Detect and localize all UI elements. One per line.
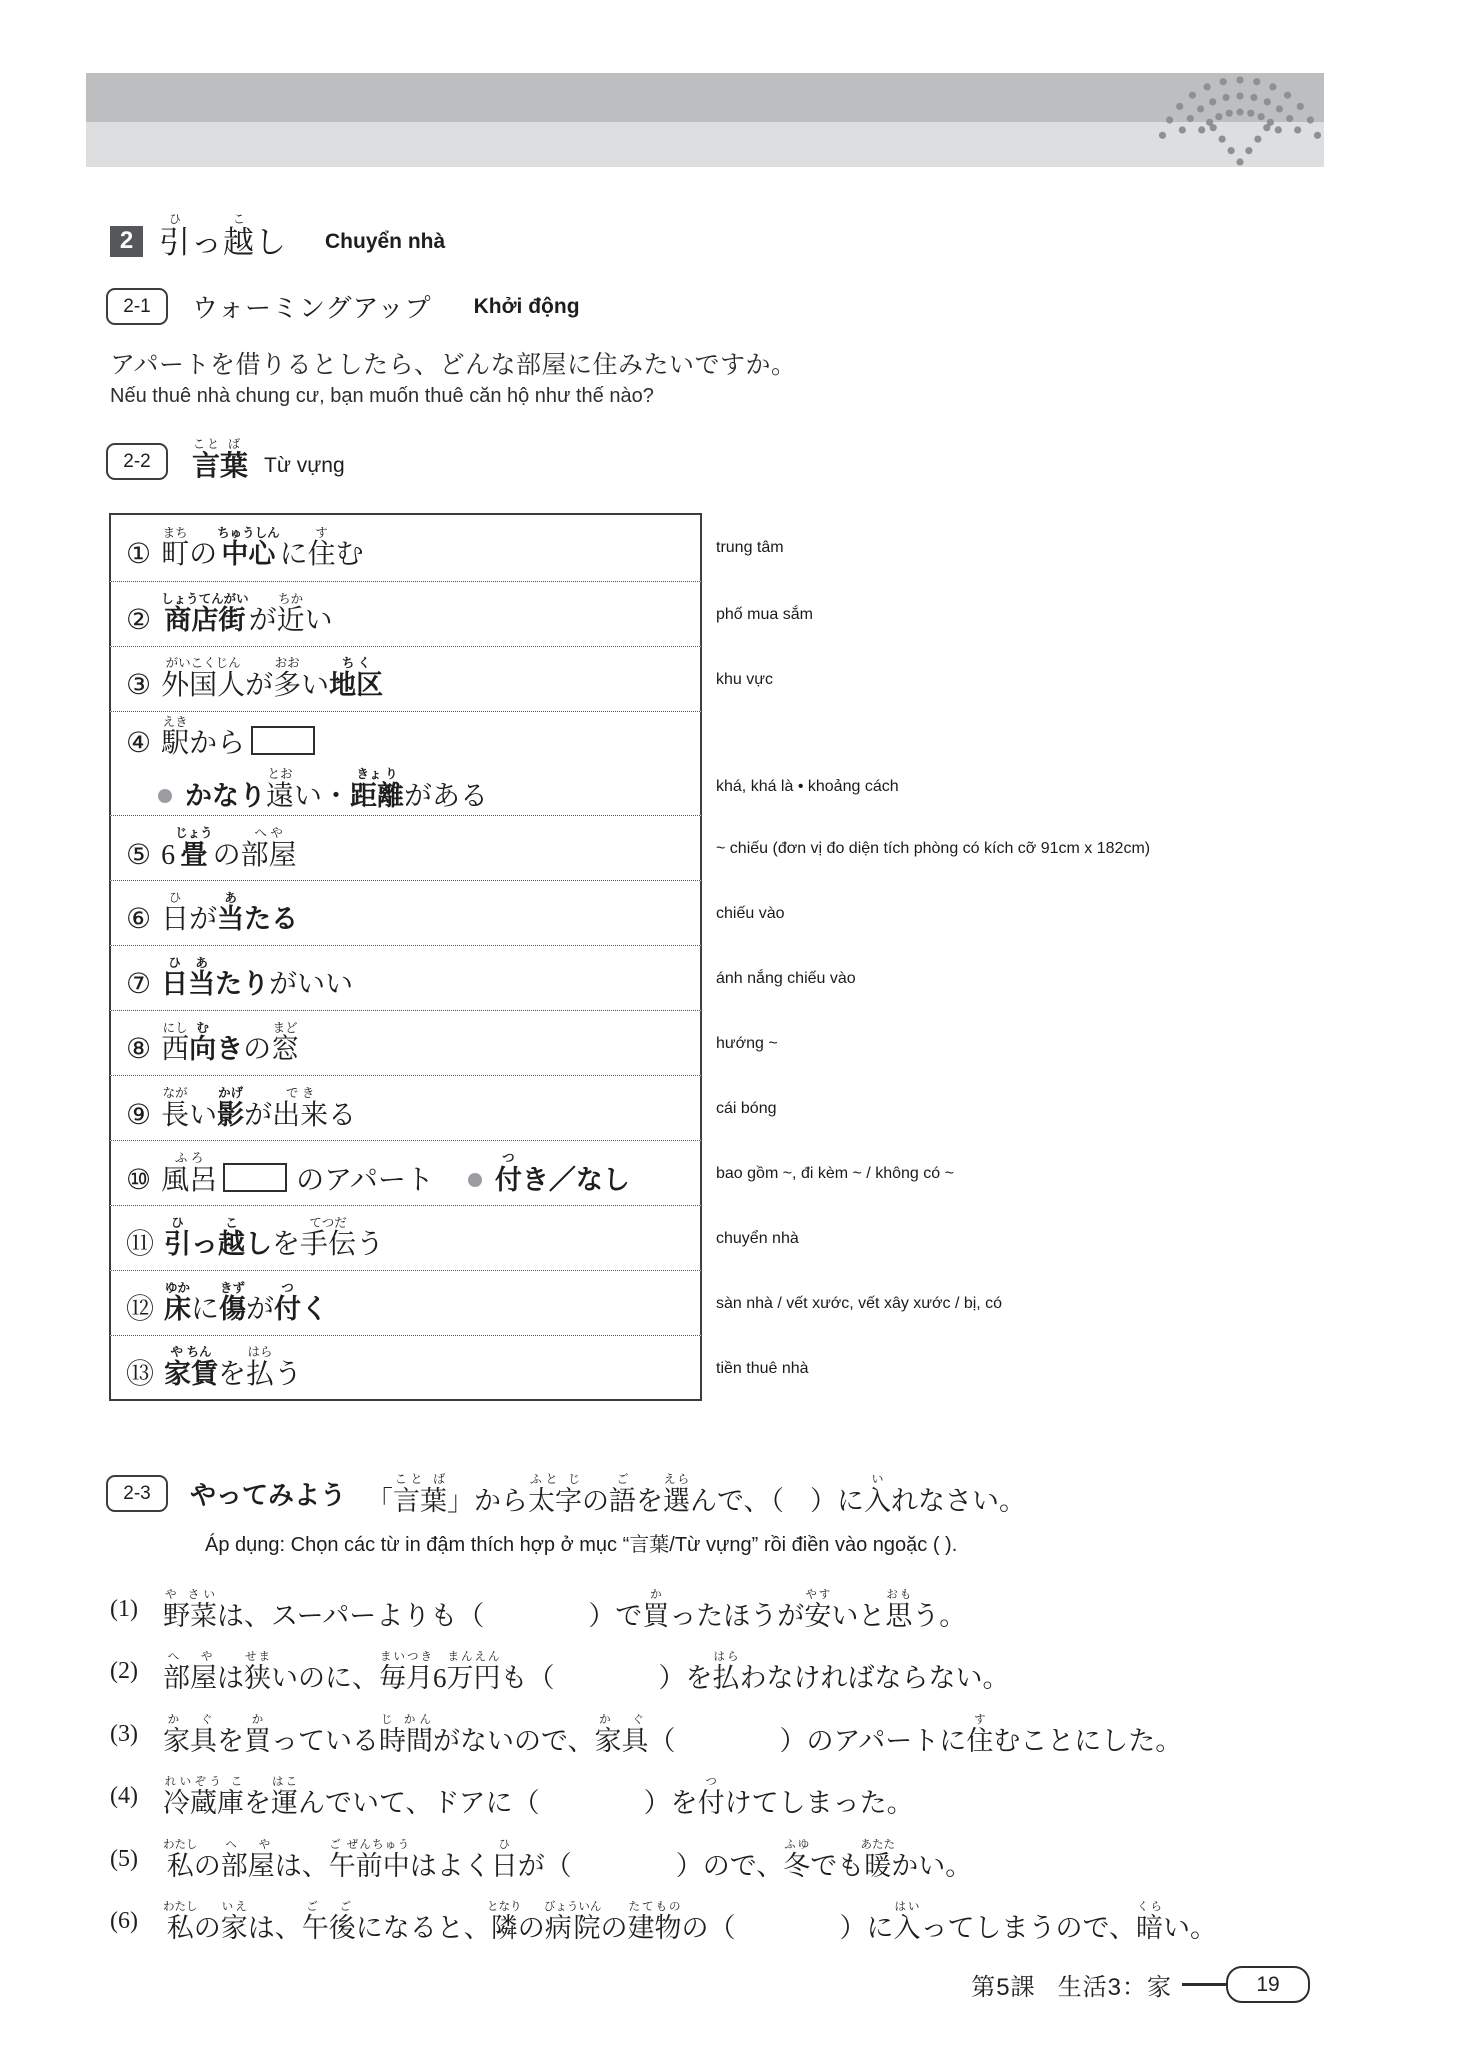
exercise-number: (2) <box>110 1658 163 1685</box>
exercise-sentence: 冷蔵庫れいぞう こを運はこんでいて、ドアに（）を付つけてしまった。 <box>163 1776 914 1817</box>
vocab-row: ②商店街しょうてんがいが近ちかい phố mua sắm <box>109 582 1429 647</box>
vocab-item-number: ② <box>126 605 151 636</box>
vocab-translation-vi: ~ chiếu (đơn vị đo diện tích phòng có kí… <box>702 840 1150 858</box>
section-title-ja: 引ひっ越こし <box>159 212 287 260</box>
textbook-page: 2 引ひっ越こし Chuyển nhà 2-1 ウォーミングアップ Khởi đ… <box>0 0 1457 2071</box>
section-title-vi: Chuyển nhà <box>325 230 445 254</box>
vocab-title-ja: 言こと葉ば <box>192 437 248 480</box>
exercise-list: (1) 野菜や さいは、スーパーよりも（）で買かったほうが安やすいと思おもう。 … <box>110 1578 1410 1953</box>
footer-lesson: 第5課 <box>971 1967 1035 2002</box>
practice-instruction-ja: 「言葉こと ば」から太字ふと じの語ごを選えらんで、（）に入いれなさい。 <box>366 1472 1026 1515</box>
exercise-sentence: 私わたしの家いえは、午後ご ごになると、隣となりの病院びょういんの建物たてものの… <box>163 1901 1217 1942</box>
blank-box <box>223 1163 287 1192</box>
vocab-ja-text: ⑥日ひが当あたる <box>126 891 696 935</box>
vocab-ja-cell: ⑪引ひっ越こしを手伝てつだう <box>109 1206 702 1271</box>
vocab-row: ⑥日ひが当あたる chiếu vào <box>109 881 1429 946</box>
section-heading: 2 引ひっ越こし Chuyển nhà <box>110 212 445 260</box>
vocab-row: ⑤6畳じょうの部屋へ や ~ chiếu (đơn vị đo diện tíc… <box>109 816 1429 881</box>
warmup-question-ja: アパートを借りるとしたら、どんな部屋に住みたいですか。 <box>110 345 797 381</box>
vocab-row: ①町まちの中心ちゅうしんに住すむ trung tâm <box>109 513 1429 582</box>
exercise-item: (2) 部屋へ やは狭せまいのに、毎月まいつき6万円まんえんも（）を払はらわなけ… <box>110 1641 1410 1704</box>
vocab-ja-cell: ⑬家賃や ちんを払はらう <box>109 1336 702 1401</box>
vocab-translation-vi: khá, khá là • khoảng cách <box>702 778 899 816</box>
vocab-row: ⑪引ひっ越こしを手伝てつだう chuyển nhà <box>109 1206 1429 1271</box>
vocab-ja-text: ③外国人がいこくじんが多おおい地区ち く <box>126 656 696 701</box>
exercise-item: (1) 野菜や さいは、スーパーよりも（）で買かったほうが安やすいと思おもう。 <box>110 1578 1410 1641</box>
footer-rule <box>1182 1983 1226 1986</box>
vocab-title-vi: Từ vựng <box>264 454 345 478</box>
vocab-item-number: ⑩ <box>126 1165 151 1196</box>
practice-title-ja: やってみよう <box>190 1475 346 1512</box>
vocab-heading: 2-2 言こと葉ば Từ vựng <box>106 437 345 480</box>
vocab-ja-text: ⑦日ひ当あたりがいい <box>126 956 696 1000</box>
exercise-number: (4) <box>110 1783 163 1810</box>
vocab-ja-text: ④駅えきから <box>126 715 696 759</box>
vocab-ja-text: ⑪引ひっ越こしを手伝てつだう <box>126 1216 696 1260</box>
exercise-item: (6) 私わたしの家いえは、午後ご ごになると、隣となりの病院びょういんの建物た… <box>110 1891 1410 1954</box>
bullet-icon <box>468 1173 482 1187</box>
footer-topic: 生活3：家 <box>1058 1967 1172 2002</box>
vocab-ja-cell: ⑤6畳じょうの部屋へ や <box>109 816 702 881</box>
vocab-ja-text: ⑤6畳じょうの部屋へ や <box>126 826 696 871</box>
vocab-row: ③外国人がいこくじんが多おおい地区ち く khu vực <box>109 647 1429 712</box>
exercise-item: (4) 冷蔵庫れいぞう こを運はこんでいて、ドアに（）を付つけてしまった。 <box>110 1766 1410 1829</box>
vocab-ja-cell: ⑨長ながい影かげが出来で きる <box>109 1076 702 1141</box>
warmup-title-ja: ウォーミングアップ <box>192 288 432 325</box>
vocab-translation-vi: tiền thuê nhà <box>702 1360 809 1378</box>
exercise-number: (1) <box>110 1596 163 1623</box>
vocab-row: ⑩風呂ふ ろのアパート付つき／なし bao gồm ~, đi kèm ~ / … <box>109 1141 1429 1206</box>
vocab-ja-cell: ⑦日ひ当あたりがいい <box>109 946 702 1011</box>
header-band-dark <box>86 73 1324 122</box>
vocab-item-number: ⑥ <box>126 904 151 935</box>
warmup-title-vi: Khởi động <box>474 295 580 319</box>
decorative-fan-dots <box>1152 72 1328 170</box>
vocab-item-number: ① <box>126 539 151 570</box>
vocab-ja-cell: ④駅えきから かなり遠とおい・距離きょ りがある <box>109 712 702 816</box>
header-band <box>86 73 1324 167</box>
vocab-ja-cell: ⑫床ゆかに傷きずが付つく <box>109 1271 702 1336</box>
vocab-translation-vi: sàn nhà / vết xước, vết xây xước / bị, c… <box>702 1295 1002 1313</box>
vocab-ja-cell: ⑥日ひが当あたる <box>109 881 702 946</box>
warmup-question-vi: Nếu thuê nhà chung cư, bạn muốn thuê căn… <box>110 385 654 408</box>
vocab-ja-text-line2: かなり遠とおい・距離きょ りがある <box>126 767 696 812</box>
vocab-ja-text: ⑧西にし向むきの窓まど <box>126 1021 696 1065</box>
vocab-translation-vi: hướng ~ <box>702 1035 778 1053</box>
vocab-translation-vi: khu vực <box>702 671 773 689</box>
exercise-number: (6) <box>110 1908 163 1935</box>
vocab-ja-cell: ③外国人がいこくじんが多おおい地区ち く <box>109 647 702 712</box>
vocab-row: ⑫床ゆかに傷きずが付つく sàn nhà / vết xước, vết xây… <box>109 1271 1429 1336</box>
vocab-item-number: ⑨ <box>126 1100 151 1131</box>
exercise-sentence: 野菜や さいは、スーパーよりも（）で買かったほうが安やすいと思おもう。 <box>163 1589 966 1630</box>
vocab-item-number: ⑫ <box>126 1294 154 1325</box>
vocab-ja-text: ①町まちの中心ちゅうしんに住すむ <box>126 526 696 570</box>
vocab-item-number: ⑧ <box>126 1034 151 1065</box>
vocab-ja-cell: ②商店街しょうてんがいが近ちかい <box>109 582 702 647</box>
warmup-heading: 2-1 ウォーミングアップ Khởi động <box>106 288 580 325</box>
practice-tag: 2-3 <box>106 1475 168 1512</box>
vocab-item-number: ⑦ <box>126 969 151 1000</box>
vocab-ja-text: ⑩風呂ふ ろのアパート付つき／なし <box>126 1151 696 1196</box>
vocab-item-number: ⑬ <box>126 1359 154 1390</box>
exercise-sentence: 私わたしの部屋へ やは、午前中ご ぜんちゅうはよく日ひが（）ので、冬ふゆでも暖あ… <box>163 1839 972 1880</box>
vocab-row: ⑦日ひ当あたりがいい ánh nắng chiếu vào <box>109 946 1429 1011</box>
page-footer: 第5課 生活3：家 19 <box>0 1966 1310 2003</box>
exercise-sentence: 部屋へ やは狭せまいのに、毎月まいつき6万円まんえんも（）を払はらわなければなら… <box>163 1651 1010 1692</box>
vocab-row: ⑬家賃や ちんを払はらう tiền thuê nhà <box>109 1336 1429 1401</box>
vocab-item-number: ③ <box>126 670 151 701</box>
vocab-item-number: ⑤ <box>126 840 151 871</box>
vocab-translation-vi: bao gồm ~, đi kèm ~ / không có ~ <box>702 1165 954 1183</box>
practice-instruction-vi: Áp dụng: Chọn các từ in đậm thích hợp ở … <box>205 1528 957 1557</box>
practice-heading: 2-3 やってみよう 「言葉こと ば」から太字ふと じの語ごを選えらんで、（）に… <box>106 1472 1026 1515</box>
vocab-table: ①町まちの中心ちゅうしんに住すむ trung tâm ②商店街しょうてんがいが近… <box>109 513 1429 1401</box>
warmup-tag: 2-1 <box>106 288 168 325</box>
vocab-ja-cell: ⑧西にし向むきの窓まど <box>109 1011 702 1076</box>
vocab-item-number: ⑪ <box>126 1229 154 1260</box>
vocab-translation-vi: chiếu vào <box>702 905 785 923</box>
section-number-badge: 2 <box>110 226 143 257</box>
header-band-light <box>86 122 1324 167</box>
vocab-ja-text: ⑫床ゆかに傷きずが付つく <box>126 1281 696 1325</box>
exercise-number: (3) <box>110 1721 163 1748</box>
vocab-translation-vi: cái bóng <box>702 1100 777 1118</box>
vocab-item-number: ④ <box>126 728 151 759</box>
vocab-ja-cell: ①町まちの中心ちゅうしんに住すむ <box>109 513 702 582</box>
vocab-translation-vi: chuyển nhà <box>702 1230 799 1248</box>
vocab-ja-text: ②商店街しょうてんがいが近ちかい <box>126 592 696 636</box>
exercise-number: (5) <box>110 1846 163 1873</box>
vocab-row: ⑨長ながい影かげが出来で きる cái bóng <box>109 1076 1429 1141</box>
vocab-ja-cell: ⑩風呂ふ ろのアパート付つき／なし <box>109 1141 702 1206</box>
vocab-translation-vi: ánh nắng chiếu vào <box>702 970 856 988</box>
vocab-ja-text: ⑬家賃や ちんを払はらう <box>126 1345 696 1390</box>
vocab-tag: 2-2 <box>106 443 168 480</box>
vocab-ja-text: ⑨長ながい影かげが出来で きる <box>126 1086 696 1131</box>
exercise-item: (5) 私わたしの部屋へ やは、午前中ご ぜんちゅうはよく日ひが（）ので、冬ふゆ… <box>110 1828 1410 1891</box>
vocab-row: ⑧西にし向むきの窓まど hướng ~ <box>109 1011 1429 1076</box>
blank-box <box>251 726 315 755</box>
page-number-badge: 19 <box>1226 1966 1310 2003</box>
vocab-row: ④駅えきから かなり遠とおい・距離きょ りがある khá, khá là • k… <box>109 712 1429 816</box>
exercise-sentence: 家具か ぐを買かっている時間じ かんがないので、家具か ぐ（）のアパートに住すむ… <box>163 1714 1182 1755</box>
vocab-translation-vi: phố mua sắm <box>702 606 813 624</box>
vocab-translation-vi: trung tâm <box>702 539 784 557</box>
bullet-icon <box>158 789 172 803</box>
exercise-item: (3) 家具か ぐを買かっている時間じ かんがないので、家具か ぐ（）のアパート… <box>110 1703 1410 1766</box>
